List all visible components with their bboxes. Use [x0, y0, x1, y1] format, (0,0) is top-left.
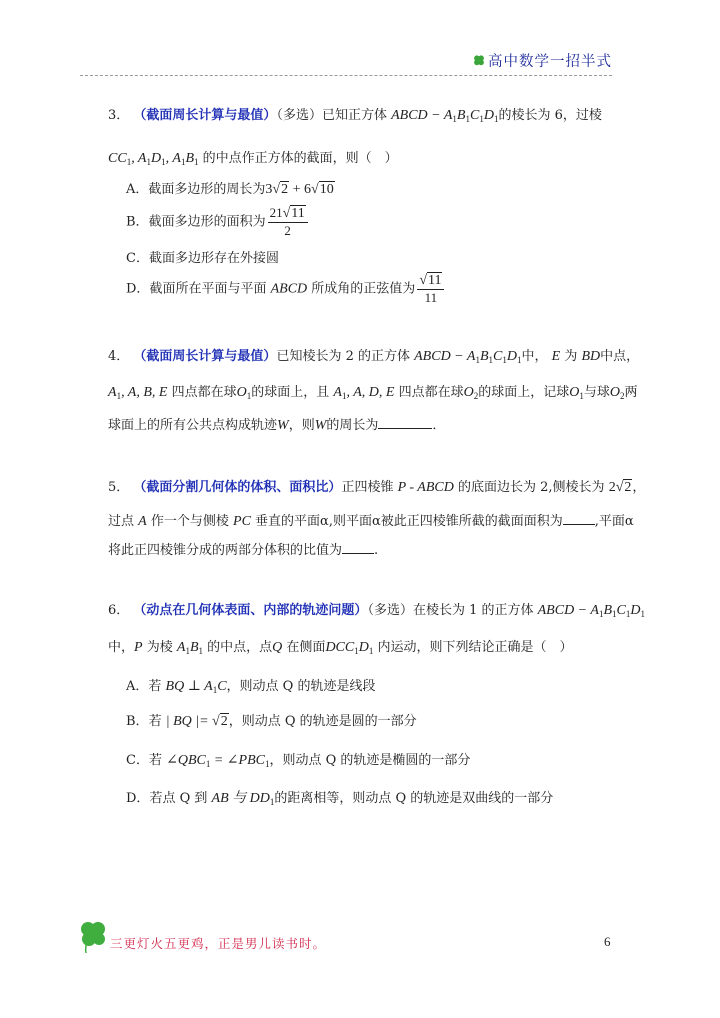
- option-label: B．: [126, 714, 149, 729]
- option-math: ∠QBC1 = ∠PBC1: [166, 753, 269, 768]
- q4-number: 4．: [108, 349, 129, 364]
- q4-tag: （截面周长计算与最值）: [133, 349, 276, 364]
- q4-text-10: 两: [625, 385, 638, 400]
- option-text: 若: [149, 714, 162, 729]
- option-text: 截面多边形存在外接圆: [149, 251, 279, 266]
- q4-text-12: ，则: [289, 418, 315, 433]
- q5-text-5: 垂直的平面α,则平面α被此正四棱锥所截的截面面积为: [255, 514, 563, 529]
- q4-text-11: 球面上的所有公共点构成轨迹: [108, 418, 277, 433]
- q5-text: 正四棱锥: [341, 480, 393, 495]
- q5-pc: PC: [233, 514, 251, 529]
- q4-o1b: O1: [569, 385, 584, 400]
- q3-cube: ABCD − A1B1C1D1: [391, 108, 498, 123]
- page-number: 6: [604, 934, 611, 950]
- option-label: B．: [126, 215, 149, 230]
- q4-text-8: 的球面上，记球: [478, 385, 569, 400]
- q4-line1: 4． （截面周长计算与最值）已知棱长为 2 的正方体 ABCD − A1B1C1…: [108, 345, 639, 365]
- q4-text-2: 中，: [521, 349, 547, 364]
- q6-face: DCC1D1: [325, 640, 373, 655]
- option-text-2: ，则动点 Q 的轨迹是椭圆的一部分: [269, 753, 470, 768]
- q5-point-a: A: [138, 514, 147, 529]
- q6-text-5: 在侧面: [286, 640, 325, 655]
- q5-number: 5．: [108, 480, 129, 495]
- option-fraction: 21√112: [268, 205, 308, 239]
- q3-text-3: 的中点作正方体的截面，则（ ）: [203, 151, 398, 166]
- q5-answer-blank-1: [563, 512, 595, 525]
- header-divider: [80, 75, 612, 76]
- q6-text-3: 为棱: [147, 640, 173, 655]
- q6-line1: 6． （动点在几何体表面、内部的轨迹问题）（多选）在棱长为 1 的正方体 ABC…: [108, 599, 645, 619]
- q5-answer-blank-2: [342, 541, 374, 554]
- footer-motto: 三更灯火五更鸡，正是男儿读书时。: [110, 934, 326, 952]
- q4-text-4: 中点，: [600, 349, 639, 364]
- option-label: C．: [126, 251, 149, 266]
- q3-option-b: B．截面多边形的面积为21√112: [126, 205, 308, 239]
- option-label: D．: [126, 282, 149, 297]
- q4-cube: ABCD − A1B1C1D1: [414, 349, 521, 364]
- q5-end1: ，: [632, 480, 645, 495]
- q5-line2: 过点 A 作一个与侧棱 PC 垂直的平面α,则平面α被此正四棱锥所截的截面面积为…: [108, 510, 634, 530]
- q5-text-2: 的底面边长为 2,侧棱长为: [458, 480, 605, 495]
- q4-points-2: A1, A, D, E: [333, 385, 394, 400]
- q5-tag: （截面分割几何体的体积、面积比）: [133, 480, 341, 495]
- option-math: AB 与 DD1: [212, 791, 275, 806]
- option-label: C．: [126, 753, 149, 768]
- q5-text-4: 作一个与侧棱: [151, 514, 229, 529]
- q6-tag: （动点在几何体表面、内部的轨迹问题）: [133, 603, 367, 618]
- q3-line1: 3． （截面周长计算与最值）（多选）已知正方体 ABCD − A1B1C1D1的…: [108, 104, 602, 124]
- q6-text-6: 内运动，则下列结论正确是（ ）: [378, 640, 573, 655]
- option-text: 若点 Q 到: [149, 791, 207, 806]
- option-text: 截面多边形的周长为: [148, 182, 265, 197]
- option-math: ABCD: [271, 282, 308, 297]
- clover-icon: [472, 54, 486, 68]
- q4-o1: O1: [237, 385, 252, 400]
- option-math: 3√2 + 6√10: [265, 182, 334, 197]
- option-text-2: 的距离相等，则动点 Q 的轨迹是双曲线的一部分: [274, 791, 553, 806]
- option-text: 若: [149, 753, 162, 768]
- q6-option-c: C．若 ∠QBC1 = ∠PBC1，则动点 Q 的轨迹是椭圆的一部分: [126, 749, 470, 769]
- q3-number: 3．: [108, 108, 129, 123]
- q6-line2: 中，P 为棱 A1B1 的中点，点Q 在侧面DCC1D1 内运动，则下列结论正确…: [108, 636, 573, 656]
- option-text: 截面所在平面与平面: [149, 282, 266, 297]
- option-fraction: √1111: [417, 272, 444, 306]
- option-label: D．: [126, 791, 149, 806]
- q4-end: ．: [432, 418, 445, 433]
- q3-line2: CC1, A1D1, A1B1 的中点作正方体的截面，则（ ）: [108, 147, 398, 167]
- q6-option-d: D．若点 Q 到 AB 与 DD1的距离相等，则动点 Q 的轨迹是双曲线的一部分: [126, 787, 553, 807]
- option-label: A．: [126, 679, 148, 694]
- q4-text-6: 的球面上，且: [251, 385, 329, 400]
- page-header: 高中数学一招半式: [80, 48, 612, 76]
- option-text-2: 所成角的正弦值为: [311, 282, 415, 297]
- q6-option-a: A．若 BQ ⊥ A1C，则动点 Q 的轨迹是线段: [126, 675, 375, 695]
- q6-p: P: [134, 640, 143, 655]
- q6-a1b1: A1B1: [177, 640, 203, 655]
- q3-tag: （截面周长计算与最值）: [133, 108, 276, 123]
- q5-edge: 2√2: [609, 480, 633, 495]
- q3-text: （多选）已知正方体: [276, 108, 387, 123]
- q4-text-9: 与球: [584, 385, 610, 400]
- option-math: | BQ |= √2: [166, 714, 229, 729]
- clover-icon: [78, 920, 108, 954]
- q4-points-1: A1, A, B, E: [108, 385, 167, 400]
- option-text-2: ，则动点 Q 的轨迹是圆的一部分: [229, 714, 417, 729]
- q4-w2: W: [315, 418, 327, 433]
- q6-text-4: 的中点，点: [207, 640, 272, 655]
- q4-text-3: 为: [564, 349, 577, 364]
- q4-line3: 球面上的所有公共点构成轨迹W，则W的周长为．: [108, 414, 445, 434]
- q3-text-2: 的棱长为 6，过棱: [498, 108, 601, 123]
- q6-option-b: B．若 | BQ |= √2，则动点 Q 的轨迹是圆的一部分: [126, 710, 417, 730]
- q6-cube: ABCD − A1B1C1D1: [538, 603, 645, 618]
- q5-pyramid: P - ABCD: [398, 480, 454, 495]
- q6-text-2: 中，: [108, 640, 134, 655]
- option-label: A．: [126, 182, 148, 197]
- option-text: 若: [148, 679, 161, 694]
- q3-edges: CC1, A1D1, A1B1: [108, 151, 199, 166]
- q5-line1: 5． （截面分割几何体的体积、面积比）正四棱锥 P - ABCD 的底面边长为 …: [108, 476, 645, 496]
- header-title: 高中数学一招半式: [488, 50, 612, 71]
- q6-number: 6．: [108, 603, 129, 618]
- q4-answer-blank: [378, 416, 432, 429]
- q3-option-a: A．截面多边形的周长为3√2 + 6√10: [126, 178, 335, 198]
- q4-text-13: 的周长为: [326, 418, 378, 433]
- q4-line2: A1, A, B, E 四点都在球O1的球面上，且 A1, A, D, E 四点…: [108, 381, 638, 401]
- q4-bd: BD: [581, 349, 600, 364]
- q4-text-7: 四点都在球: [399, 385, 464, 400]
- q4-text-5: 四点都在球: [172, 385, 237, 400]
- header-title-wrap: 高中数学一招半式: [472, 50, 612, 71]
- q5-text-7: 将此正四棱锥分成的两部分体积的比值为: [108, 543, 342, 558]
- option-text: 截面多边形的面积为: [149, 215, 266, 230]
- q6-q: Q: [272, 640, 282, 655]
- page-footer: 三更灯火五更鸡，正是男儿读书时。: [78, 920, 326, 954]
- q6-text: （多选）在棱长为 1 的正方体: [367, 603, 533, 618]
- q3-option-c: C．截面多边形存在外接圆: [126, 247, 279, 266]
- q4-o2: O2: [464, 385, 479, 400]
- option-text-2: ，则动点 Q 的轨迹是线段: [227, 679, 376, 694]
- option-math: BQ ⊥ A1C: [166, 679, 227, 694]
- q5-line3: 将此正四棱锥分成的两部分体积的比值为.: [108, 539, 378, 558]
- q4-text: 已知棱长为 2 的正方体: [276, 349, 410, 364]
- q3-option-d: D．截面所在平面与平面 ABCD 所成角的正弦值为√1111: [126, 272, 444, 306]
- q4-o2b: O2: [610, 385, 625, 400]
- q5-text-3: 过点: [108, 514, 134, 529]
- q4-w: W: [277, 418, 289, 433]
- q4-point-e: E: [552, 349, 561, 364]
- q5-end: .: [374, 543, 378, 558]
- q5-text-6: ,平面α: [595, 514, 634, 529]
